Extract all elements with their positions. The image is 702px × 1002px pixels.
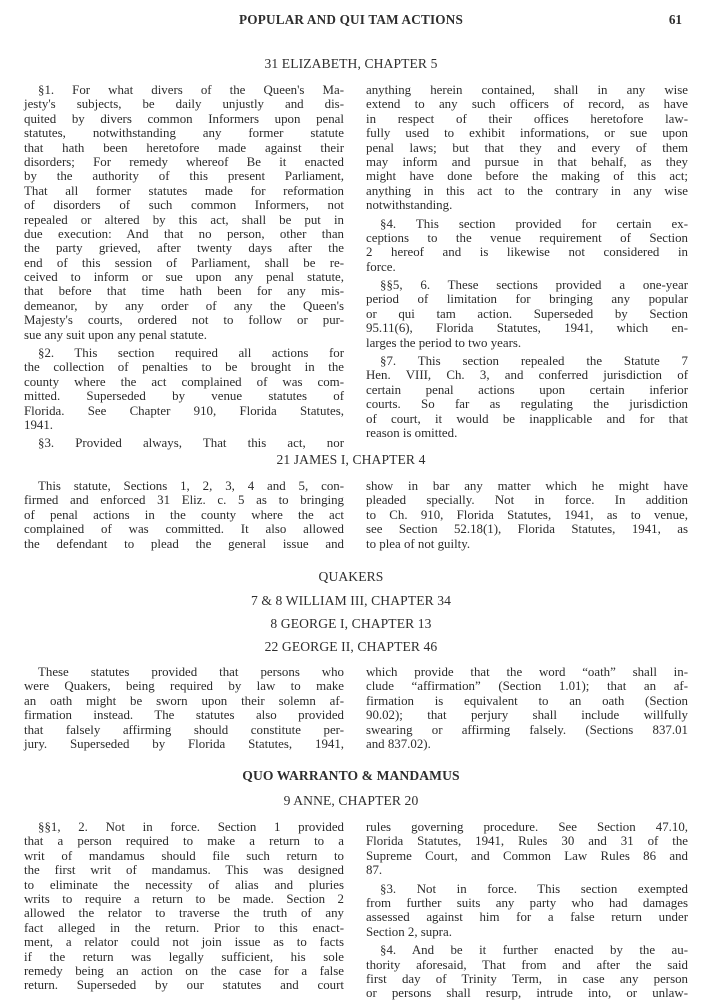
paragraph: §2. This section required all actions fo…	[24, 346, 344, 432]
section-heading-george-i: 8 GEORGE I, CHAPTER 13	[0, 616, 702, 632]
text-line: that a person required to make a return …	[24, 834, 344, 848]
elizabeth-left-column: §1. For what divers of the Queen's Ma-je…	[24, 83, 344, 451]
text-line: ceptions to the venue requirement of Sec…	[366, 231, 688, 245]
document-page: POPULAR AND QUI TAM ACTIONS 61 31 ELIZAB…	[0, 0, 702, 1002]
paragraph: These statutes provided that persons who…	[24, 665, 344, 751]
text-line: Section 2, supra.	[366, 925, 688, 939]
running-title: POPULAR AND QUI TAM ACTIONS	[0, 12, 702, 28]
paragraph: §4. This section provided for certain ex…	[366, 217, 688, 275]
text-line: first day of Trinity Term, in case any p…	[366, 972, 688, 986]
text-line: notwithstanding.	[366, 198, 688, 212]
quo-right-column: rules governing procedure. See Section 4…	[366, 820, 688, 1001]
text-line: and 837.02).	[366, 737, 688, 751]
text-line: allowed the relator to traverse the trut…	[24, 906, 344, 920]
text-line: writs to require a return to be made. Se…	[24, 892, 344, 906]
text-line: disorders; For remedy whereof Be it enac…	[24, 155, 344, 169]
text-line: §1. For what divers of the Queen's Ma-	[24, 83, 344, 97]
text-line: Supreme Court, and Common Law Rules 86 a…	[366, 849, 688, 863]
text-line: Florida. See Chapter 910, Florida Statut…	[24, 404, 344, 418]
text-line: anything in this act to the contrary in …	[366, 184, 688, 198]
text-line: Hen. VIII, Ch. 3, and conferred jurisdic…	[366, 368, 688, 382]
text-line: by the authority of this present Parliam…	[24, 169, 344, 183]
paragraph: anything herein contained, shall in any …	[366, 83, 688, 213]
paragraph: §3. Provided always, That this act, nor	[24, 436, 344, 450]
text-line: might have done before the making of thi…	[366, 169, 688, 183]
text-line: of court, it would be inapplicable and f…	[366, 412, 688, 426]
text-line: rules governing procedure. See Section 4…	[366, 820, 688, 834]
section-heading-james: 21 JAMES I, CHAPTER 4	[0, 452, 702, 468]
text-line: §2. This section required all actions fo…	[24, 346, 344, 360]
text-line: return. Superseded by our statutes and c…	[24, 978, 344, 992]
text-line: firmation instead. The statutes also pro…	[24, 708, 344, 722]
text-line: 1941.	[24, 418, 344, 432]
text-line: penal laws; but that they and every of t…	[366, 141, 688, 155]
paragraph: rules governing procedure. See Section 4…	[366, 820, 688, 878]
section-title-quo-warranto: QUO WARRANTO & MANDAMUS	[0, 768, 702, 784]
text-line: jesty's subjects, be daily unjustly and …	[24, 97, 344, 111]
text-line: remedy being an action on the case for a…	[24, 964, 344, 978]
text-line: sue any suit upon any penal statute.	[24, 328, 344, 342]
text-line: or persons shall resurp, intrude into, o…	[366, 986, 688, 1000]
paragraph: show in bar any matter which he might ha…	[366, 479, 688, 551]
text-line: which provide that the word “oath” shall…	[366, 665, 688, 679]
elizabeth-right-column: anything herein contained, shall in any …	[366, 83, 688, 440]
text-line: of disorders of such common Informers, n…	[24, 198, 344, 212]
text-line: complained of was committed. It also all…	[24, 522, 344, 536]
text-line: writ of mandamus should file such return…	[24, 849, 344, 863]
text-line: due execution: And that no person, other…	[24, 227, 344, 241]
text-line: firmed and enforced 31 Eliz. c. 5 as to …	[24, 493, 344, 507]
text-line: period of limitation for bringing any po…	[366, 292, 688, 306]
text-line: jury. Superseded by Florida Statutes, 19…	[24, 737, 344, 751]
text-line: may inform and pursue in that behalf, as…	[366, 155, 688, 169]
text-line: larges the period to two years.	[366, 336, 688, 350]
text-line: firmation is equivalent to an oath (Sect…	[366, 694, 688, 708]
text-line: §7. This section repealed the Statute 7	[366, 354, 688, 368]
text-line: the defendant to plead the general issue…	[24, 537, 344, 551]
text-line: show in bar any matter which he might ha…	[366, 479, 688, 493]
text-line: demeanor, by any order of any the Queen'…	[24, 299, 344, 313]
quakers-right-column: which provide that the word “oath” shall…	[366, 665, 688, 751]
paragraph: §1. For what divers of the Queen's Ma-je…	[24, 83, 344, 342]
text-line: mitted. Superseded by venue statutes of	[24, 389, 344, 403]
paragraph: §4. And be it further enacted by the au-…	[366, 943, 688, 1001]
text-line: county where the act complained of was c…	[24, 375, 344, 389]
text-line: to eliminate the necessity of alias and …	[24, 878, 344, 892]
text-line: pleaded specially. Not in force. In addi…	[366, 493, 688, 507]
page-number: 61	[669, 12, 682, 28]
text-line: to Ch. 910, Florida Statutes, 1941, as t…	[366, 508, 688, 522]
text-line: These statutes provided that persons who	[24, 665, 344, 679]
running-header: POPULAR AND QUI TAM ACTIONS 61	[0, 12, 702, 32]
text-line: the first writ of mandamus. This was des…	[24, 863, 344, 877]
text-line: if the return was legally sufficient, hi…	[24, 950, 344, 964]
section-title-quakers: QUAKERS	[0, 569, 702, 585]
text-line: were Quakers, being required by law to m…	[24, 679, 344, 693]
section-heading-anne: 9 ANNE, CHAPTER 20	[0, 793, 702, 809]
text-line: 87.	[366, 863, 688, 877]
text-line: §3. Provided always, That this act, nor	[24, 436, 344, 450]
text-line: §§5, 6. These sections provided a one-ye…	[366, 278, 688, 292]
james-left-column: This statute, Sections 1, 2, 3, 4 and 5,…	[24, 479, 344, 551]
text-line: §§1, 2. Not in force. Section 1 provided	[24, 820, 344, 834]
text-line: an oath might be sworn upon their solemn…	[24, 694, 344, 708]
text-line: end of this session of Parliament, shall…	[24, 256, 344, 270]
text-line: to plea of not guilty.	[366, 537, 688, 551]
paragraph: which provide that the word “oath” shall…	[366, 665, 688, 751]
text-line: §4. This section provided for certain ex…	[366, 217, 688, 231]
text-line: 90.02); that perjury shall include willf…	[366, 708, 688, 722]
text-line: quited by divers common Informers upon p…	[24, 112, 344, 126]
text-line: see Section 52.18(1), Florida Statutes, …	[366, 522, 688, 536]
text-line: ceived to inform or sue upon any penal s…	[24, 270, 344, 284]
text-line: fully used to exhibit informations, or s…	[366, 126, 688, 140]
text-line: reason is omitted.	[366, 426, 688, 440]
section-heading-elizabeth: 31 ELIZABETH, CHAPTER 5	[0, 56, 702, 72]
paragraph: §§5, 6. These sections provided a one-ye…	[366, 278, 688, 350]
text-line: that before that time hath been for any …	[24, 284, 344, 298]
text-line: statutes, notwithstanding any former sta…	[24, 126, 344, 140]
section-heading-george-ii: 22 GEORGE II, CHAPTER 46	[0, 639, 702, 655]
text-line: force.	[366, 260, 688, 274]
text-line: courts. So far as regulating the jurisdi…	[366, 397, 688, 411]
text-line: ment, a relator could not join issue as …	[24, 935, 344, 949]
text-line: 2 hereof and is likewise not considered …	[366, 245, 688, 259]
quo-left-column: §§1, 2. Not in force. Section 1 provided…	[24, 820, 344, 993]
text-line: certain penal actions upon certain infer…	[366, 383, 688, 397]
text-line: §4. And be it further enacted by the au-	[366, 943, 688, 957]
text-line: the party grieved, after twenty days aft…	[24, 241, 344, 255]
text-line: clude “affirmation” (Section 1.01); that…	[366, 679, 688, 693]
text-line: the collection of penalties to be brough…	[24, 360, 344, 374]
text-line: §3. Not in force. This section exempted	[366, 882, 688, 896]
paragraph: §7. This section repealed the Statute 7H…	[366, 354, 688, 440]
james-right-column: show in bar any matter which he might ha…	[366, 479, 688, 551]
text-line: This statute, Sections 1, 2, 3, 4 and 5,…	[24, 479, 344, 493]
text-line: from further suits any party who had dam…	[366, 896, 688, 910]
text-line: That all former statutes made for reform…	[24, 184, 344, 198]
text-line: swearing or affirming falsely. (Sections…	[366, 723, 688, 737]
text-line: 95.11(6), Florida Statutes, 1941, which …	[366, 321, 688, 335]
text-line: or qui tam action. Superseded by Section	[366, 307, 688, 321]
text-line: Florida Statutes, 1941, Rules 30 and 31 …	[366, 834, 688, 848]
text-line: anything herein contained, shall in any …	[366, 83, 688, 97]
paragraph: §§1, 2. Not in force. Section 1 provided…	[24, 820, 344, 993]
section-heading-william-iii: 7 & 8 WILLIAM III, CHAPTER 34	[0, 593, 702, 609]
quakers-left-column: These statutes provided that persons who…	[24, 665, 344, 751]
text-line: that falsely affirming should constitute…	[24, 723, 344, 737]
text-line: that hath been heretofore made against t…	[24, 141, 344, 155]
text-line: thority aforesaid, That from and after t…	[366, 958, 688, 972]
text-line: extend to any such officers of record, a…	[366, 97, 688, 111]
text-line: fact alleged in the return. Prior to thi…	[24, 921, 344, 935]
paragraph: This statute, Sections 1, 2, 3, 4 and 5,…	[24, 479, 344, 551]
text-line: assessed against him for a false return …	[366, 910, 688, 924]
text-line: Majesty's courts, ordered not to follow …	[24, 313, 344, 327]
text-line: of penal actions in the county where the…	[24, 508, 344, 522]
text-line: repealed or altered by this act, shall b…	[24, 213, 344, 227]
paragraph: §3. Not in force. This section exemptedf…	[366, 882, 688, 940]
text-line: in respect of their offices heretofore l…	[366, 112, 688, 126]
